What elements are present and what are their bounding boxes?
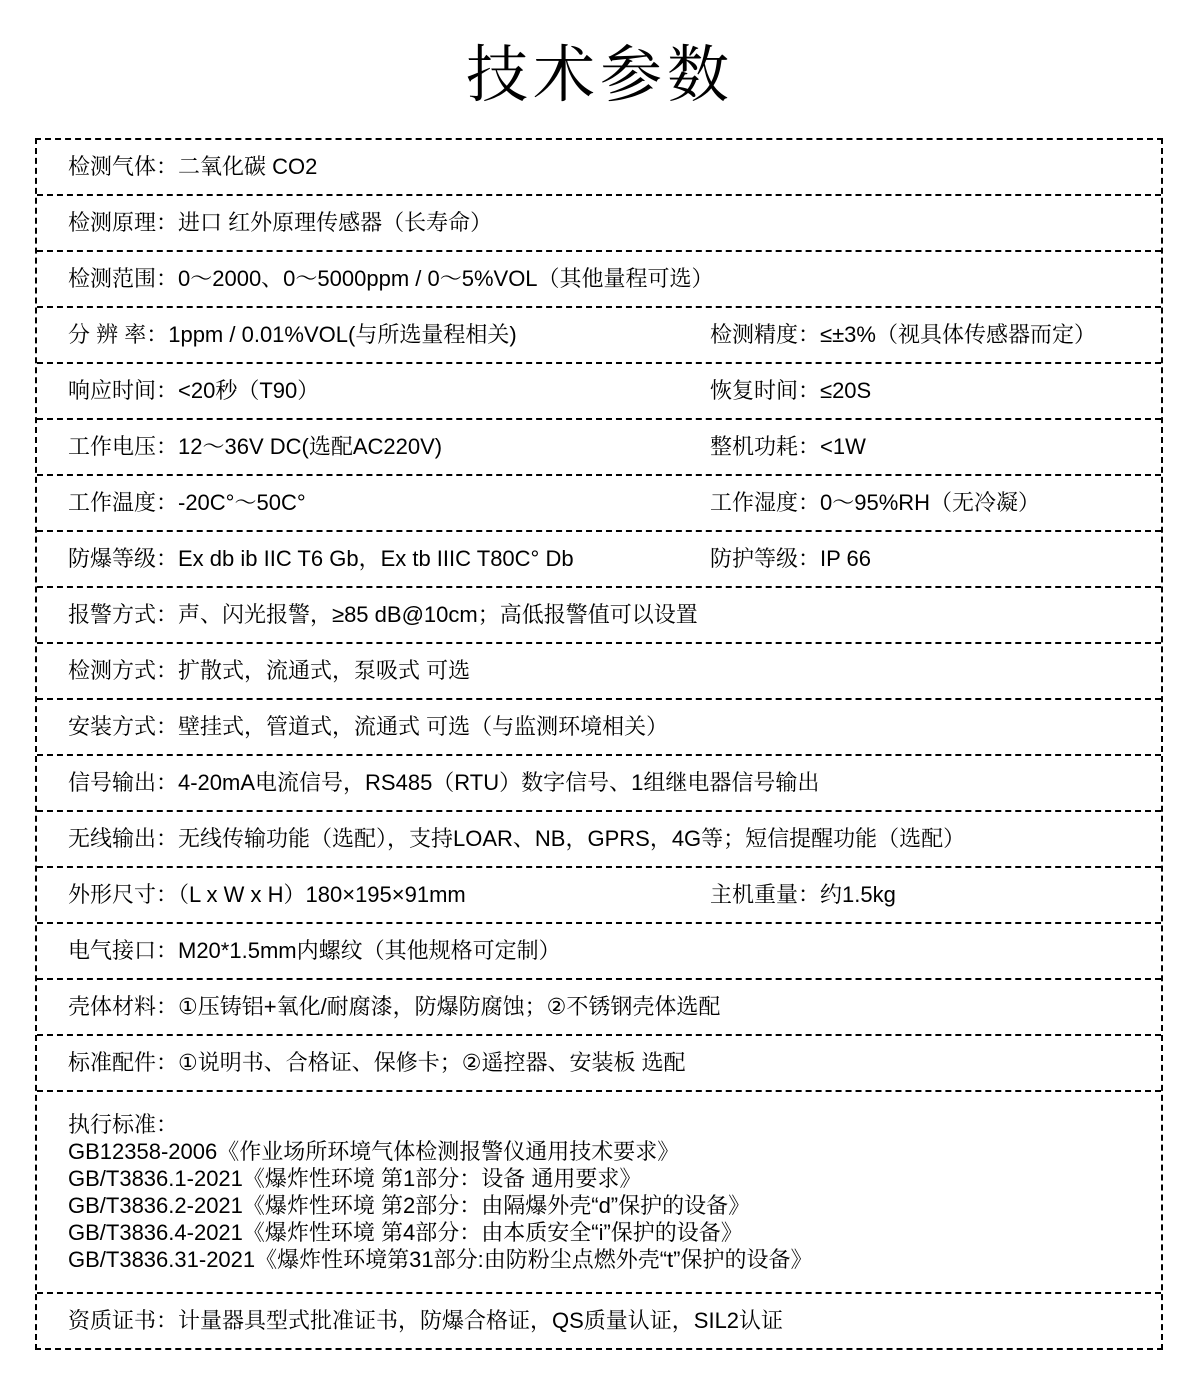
standards-line: GB/T3836.1-2021《爆炸性环境 第1部分：设备 通用要求》 bbox=[68, 1165, 1151, 1192]
spec-text-right: 主机重量：约1.5kg bbox=[710, 881, 1151, 909]
spec-text-left: 防爆等级：Ex db ib IIC T6 Gb，Ex tb IIIC T80C°… bbox=[68, 545, 710, 573]
spec-text-right: 恢复时间：≤20S bbox=[710, 377, 1151, 405]
spec-row-alarm: 报警方式：声、闪光报警，≥85 dB@10cm；高低报警值可以设置 bbox=[37, 586, 1161, 642]
spec-row-temperature-humidity: 工作温度：-20C°～50C° 工作湿度：0～95%RH（无冷凝） bbox=[37, 474, 1161, 530]
spec-row-voltage-power: 工作电压：12～36V DC(选配AC220V) 整机功耗：<1W bbox=[37, 418, 1161, 474]
spec-text-right: 工作湿度：0～95%RH（无冷凝） bbox=[710, 489, 1151, 517]
spec-text-right: 防护等级：IP 66 bbox=[710, 545, 1151, 573]
spec-text-left: 工作温度：-20C°～50C° bbox=[68, 489, 710, 517]
spec-text: 检测气体：二氧化碳 CO2 bbox=[68, 153, 317, 181]
standards-line: GB/T3836.4-2021《爆炸性环境 第4部分：由本质安全“i”保护的设备… bbox=[68, 1219, 1151, 1246]
spec-text-left: 分 辨 率：1ppm / 0.01%VOL(与所选量程相关) bbox=[68, 321, 710, 349]
spec-row-standard-accessories: 标准配件：①说明书、合格证、保修卡；②遥控器、安装板 选配 bbox=[37, 1034, 1161, 1090]
spec-row-installation: 安装方式：壁挂式，管道式，流通式 可选（与监测环境相关） bbox=[37, 698, 1161, 754]
spec-row-housing-material: 壳体材料：①压铸铝+氧化/耐腐漆，防爆防腐蚀；②不锈钢壳体选配 bbox=[37, 978, 1161, 1034]
standards-line: GB12358-2006《作业场所环境气体检测报警仪通用技术要求》 bbox=[68, 1138, 1151, 1165]
spec-text-right: 整机功耗：<1W bbox=[710, 433, 1151, 461]
spec-row-certificates: 资质证书：计量器具型式批准证书，防爆合格证，QS质量认证，SIL2认证 bbox=[37, 1292, 1161, 1348]
spec-text-right: 检测精度：≤±3%（视具体传感器而定） bbox=[710, 321, 1151, 349]
spec-text: 检测范围：0～2000、0～5000ppm / 0～5%VOL（其他量程可选） bbox=[68, 265, 714, 293]
spec-row-wireless-output: 无线输出：无线传输功能（选配），支持LOAR、NB，GPRS，4G等；短信提醒功… bbox=[37, 810, 1161, 866]
spec-text: 资质证书：计量器具型式批准证书，防爆合格证，QS质量认证，SIL2认证 bbox=[68, 1307, 783, 1335]
spec-row-signal-output: 信号输出：4-20mA电流信号，RS485（RTU）数字信号、1组继电器信号输出 bbox=[37, 754, 1161, 810]
standards-line: GB/T3836.31-2021《爆炸性环境第31部分:由防粉尘点燃外壳“t”保… bbox=[68, 1246, 1151, 1273]
spec-row-detection-mode: 检测方式：扩散式，流通式，泵吸式 可选 bbox=[37, 642, 1161, 698]
spec-row-gas: 检测气体：二氧化碳 CO2 bbox=[37, 140, 1161, 194]
spec-text: 安装方式：壁挂式，管道式，流通式 可选（与监测环境相关） bbox=[68, 713, 668, 741]
spec-row-response-recovery: 响应时间：<20秒（T90） 恢复时间：≤20S bbox=[37, 362, 1161, 418]
spec-text: 壳体材料：①压铸铝+氧化/耐腐漆，防爆防腐蚀；②不锈钢壳体选配 bbox=[68, 993, 720, 1021]
spec-text: 检测原理：进口 红外原理传感器（长寿命） bbox=[68, 209, 492, 237]
title-bar: 技术参数 bbox=[0, 0, 1200, 138]
spec-text-left: 响应时间：<20秒（T90） bbox=[68, 377, 710, 405]
spec-row-dimensions-weight: 外形尺寸：（L x W x H）180×195×91mm 主机重量：约1.5kg bbox=[37, 866, 1161, 922]
spec-row-range: 检测范围：0～2000、0～5000ppm / 0～5%VOL（其他量程可选） bbox=[37, 250, 1161, 306]
spec-row-electrical-interface: 电气接口：M20*1.5mm内螺纹（其他规格可定制） bbox=[37, 922, 1161, 978]
spec-row-principle: 检测原理：进口 红外原理传感器（长寿命） bbox=[37, 194, 1161, 250]
spec-text: 电气接口：M20*1.5mm内螺纹（其他规格可定制） bbox=[68, 937, 561, 965]
spec-text: 标准配件：①说明书、合格证、保修卡；②遥控器、安装板 选配 bbox=[68, 1049, 686, 1077]
spec-text: 信号输出：4-20mA电流信号，RS485（RTU）数字信号、1组继电器信号输出 bbox=[68, 769, 819, 797]
spec-text: 报警方式：声、闪光报警，≥85 dB@10cm；高低报警值可以设置 bbox=[68, 601, 698, 629]
spec-text-left: 工作电压：12～36V DC(选配AC220V) bbox=[68, 433, 710, 461]
standards-heading: 执行标准： bbox=[68, 1111, 1151, 1138]
spec-text: 检测方式：扩散式，流通式，泵吸式 可选 bbox=[68, 657, 470, 685]
spec-table: 检测气体：二氧化碳 CO2 检测原理：进口 红外原理传感器（长寿命） 检测范围：… bbox=[35, 138, 1163, 1350]
page-title: 技术参数 bbox=[466, 25, 734, 114]
spec-text: 无线输出：无线传输功能（选配），支持LOAR、NB，GPRS，4G等；短信提醒功… bbox=[68, 825, 965, 853]
spec-row-explosionproof-ip: 防爆等级：Ex db ib IIC T6 Gb，Ex tb IIIC T80C°… bbox=[37, 530, 1161, 586]
spec-text-left: 外形尺寸：（L x W x H）180×195×91mm bbox=[68, 881, 710, 909]
standards-line: GB/T3836.2-2021《爆炸性环境 第2部分：由隔爆外壳“d”保护的设备… bbox=[68, 1192, 1151, 1219]
spec-row-resolution-accuracy: 分 辨 率：1ppm / 0.01%VOL(与所选量程相关) 检测精度：≤±3%… bbox=[37, 306, 1161, 362]
spec-row-standards: 执行标准： GB12358-2006《作业场所环境气体检测报警仪通用技术要求》 … bbox=[37, 1090, 1161, 1292]
